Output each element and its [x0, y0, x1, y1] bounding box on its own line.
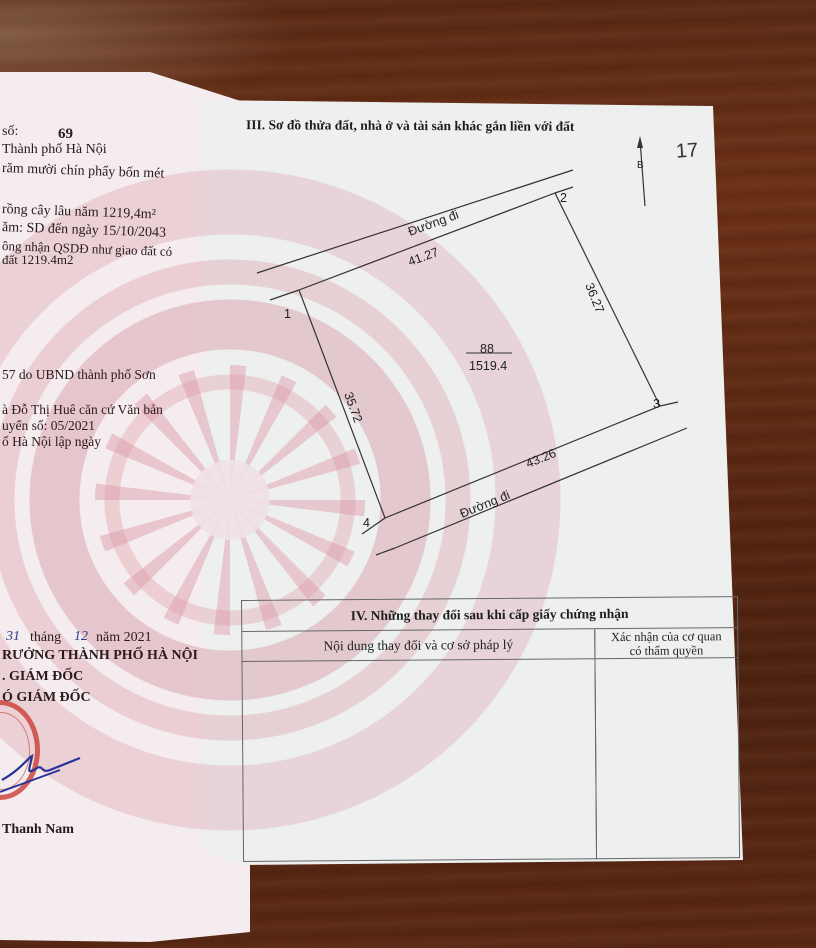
parcel-number: 88: [480, 342, 494, 356]
section-iv-title: IV. Những thay đổi sau khi cấp giấy chứn…: [241, 596, 738, 632]
column-header-authority-confirmation: Xác nhận của cơ quan có thẩm quyền: [594, 628, 738, 659]
column-header-change-content: Nội dung thay đổi và cơ sở pháp lý: [241, 629, 595, 662]
road-bottom-edge: [395, 428, 687, 548]
changes-table: IV. Những thay đổi sau khi cấp giấy chứn…: [241, 596, 740, 862]
authority-confirmation-cell: [594, 657, 740, 859]
header-line-2: có thẩm quyền: [595, 643, 737, 658]
vertex-3: 3: [653, 397, 660, 411]
edge-length-bottom: 43.26: [524, 446, 558, 471]
vertex-2: 2: [560, 191, 567, 205]
vertex-4: 4: [363, 516, 370, 530]
edge-length-left: 35.72: [341, 390, 365, 424]
change-content-cell: [241, 658, 597, 862]
svg-text:B: B: [637, 160, 644, 171]
edge-length-right: 36.27: [582, 281, 607, 315]
road-label-top: Đường đi: [406, 208, 460, 239]
vertex-1: 1: [284, 307, 291, 321]
parcel-area: 1519.4: [469, 359, 507, 373]
header-line-1: Xác nhận của cơ quan: [595, 629, 737, 644]
north-arrow-icon: B: [637, 136, 645, 206]
edge-length-top: 41.27: [406, 245, 440, 269]
road-label-bottom: Đường đi: [458, 488, 512, 521]
